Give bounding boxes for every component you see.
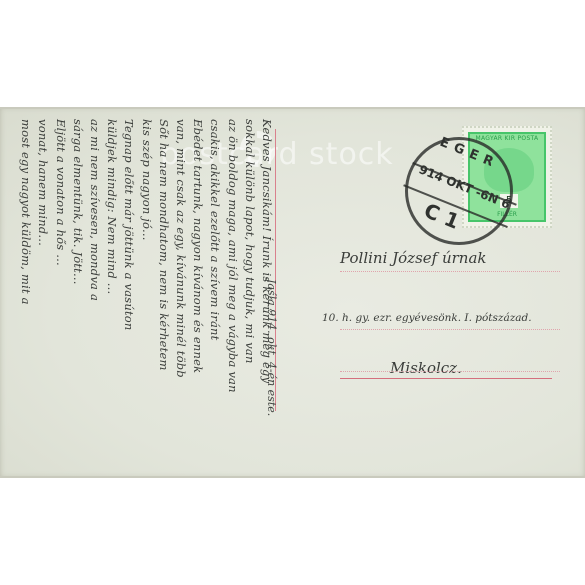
address-rule bbox=[340, 271, 560, 272]
address-name: Pollini József úrnak bbox=[340, 249, 487, 267]
message-line: Tegnap előtt már jöttünk a vasúton bbox=[120, 119, 138, 469]
handwritten-message: Kedves Jancsikám! Írunk is kérünk még eg… bbox=[8, 119, 270, 469]
address-unit: 10. h. gy. ezr. egyévesönk. I. pótszázad… bbox=[322, 312, 532, 324]
message-line: sokkal különb lapot, hogy tudjuk, mi van bbox=[241, 119, 259, 469]
message-line: Sőt ha nem mondhatom, nem is kérhetem bbox=[155, 119, 173, 469]
message-line: az ön boldog maga, ami jól meg a vágyba … bbox=[224, 119, 242, 469]
address-city: Miskolcz. bbox=[390, 359, 462, 377]
message-line: Eljött a vonaton a hős ... bbox=[52, 119, 70, 469]
message-line: vonat, hanem mind... bbox=[34, 119, 52, 469]
address-rule bbox=[340, 371, 560, 372]
message-line: kis szép nagyon jó... bbox=[138, 119, 156, 469]
postcard-back: postcard stock Kedves Jancsikám! Írunk i… bbox=[0, 107, 585, 478]
address-underline bbox=[340, 378, 552, 379]
message-line: az mi nem szívesen, mondva a bbox=[86, 119, 104, 469]
address-rule bbox=[340, 329, 560, 330]
message-line: van, mint csak az egy, kívánunk minél tö… bbox=[172, 119, 190, 469]
card-bottom-edge bbox=[0, 476, 585, 478]
card-top-edge bbox=[0, 107, 585, 109]
message-line: Ebédet tartunk, nagyon kívánom és ennek bbox=[189, 119, 207, 469]
message-line: küldjek mindig: Nem mind ... bbox=[103, 119, 121, 469]
date-line: Jaśla 914. okt. 4-én este. bbox=[262, 279, 278, 478]
message-line: sárga elmentünk, tik. Jött... bbox=[69, 119, 87, 469]
postmark: EGER 914 OKT -6N 6 C 1 bbox=[405, 137, 513, 245]
message-line: most egy nagyot küldöm, mit a bbox=[17, 119, 35, 469]
message-line: csakis, akikkel ezelőtt a szívem iránt bbox=[206, 119, 224, 469]
